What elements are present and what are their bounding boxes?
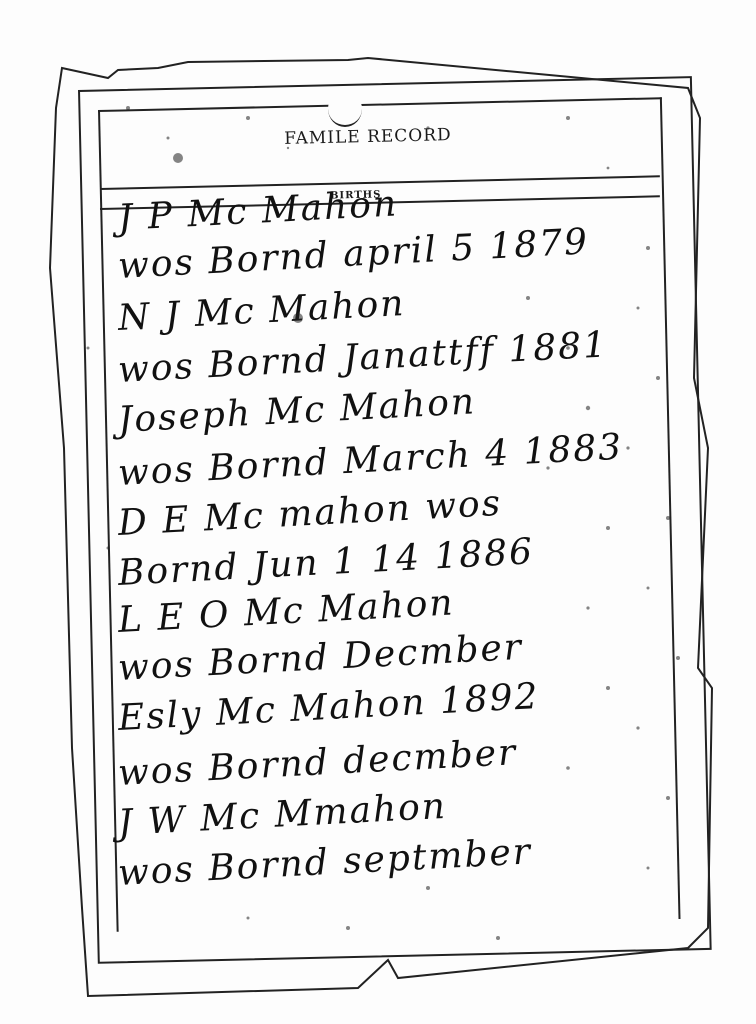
family-record-page: FAMILE RECORD BIRTHS J P Mc Mahon wos Bo… — [48, 48, 714, 998]
punch-hole — [328, 91, 362, 127]
